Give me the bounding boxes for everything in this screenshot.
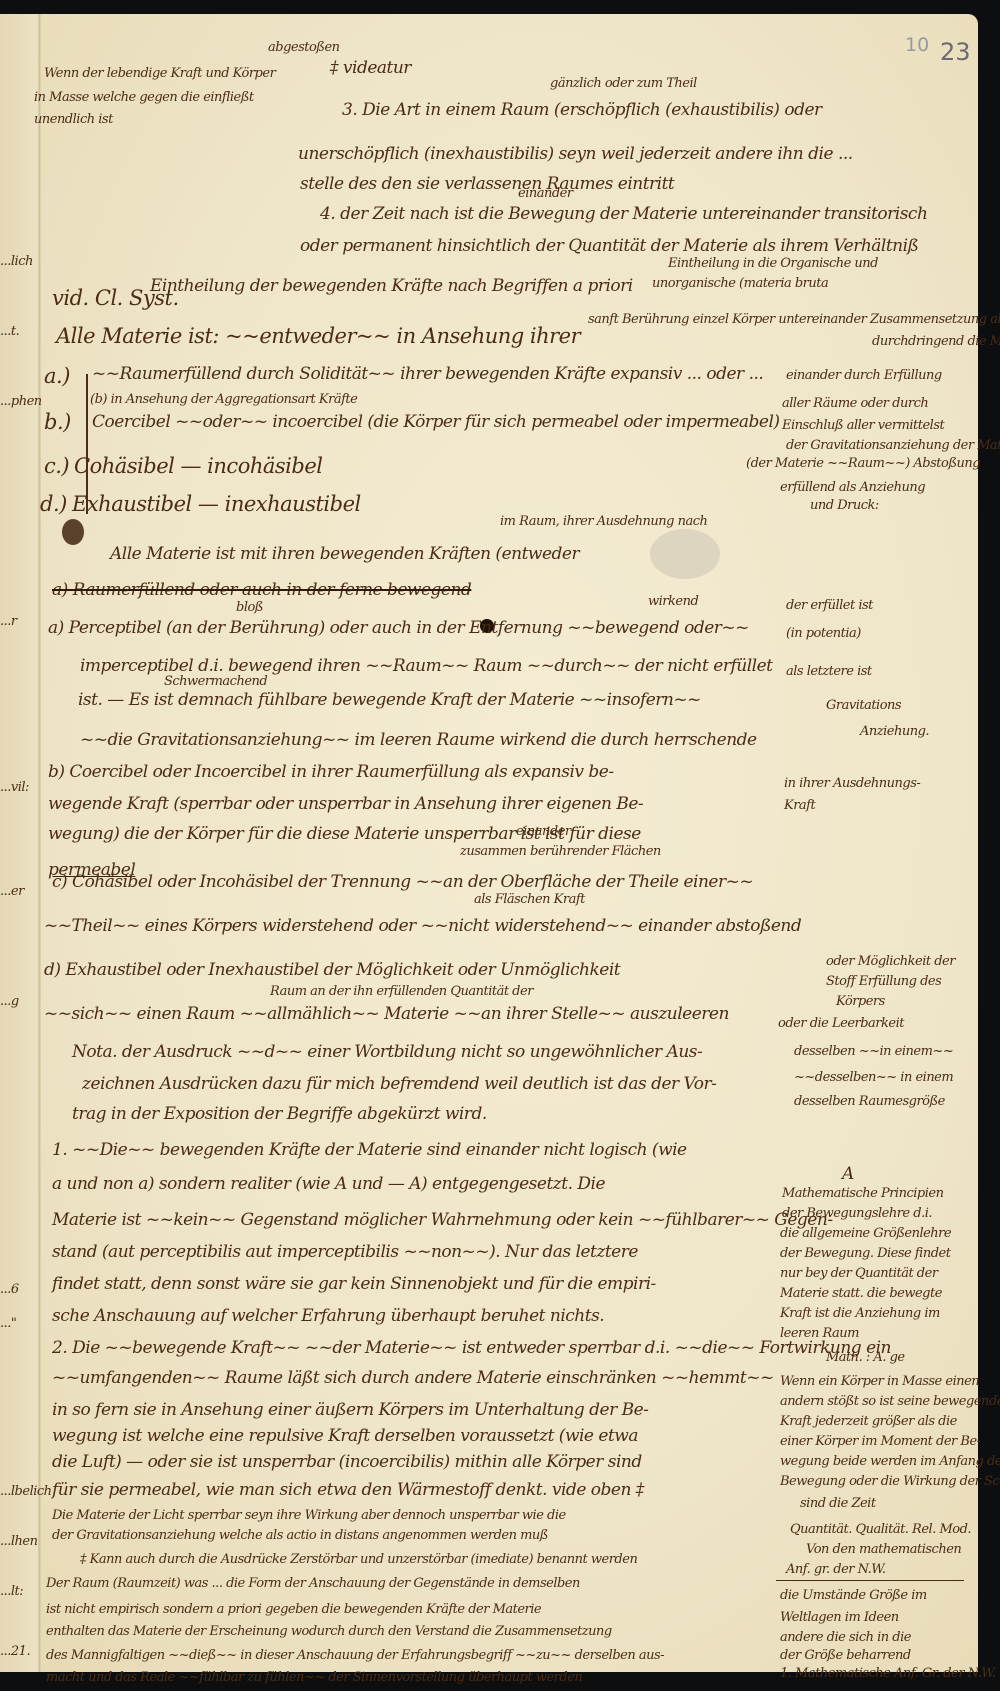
insertion: im Raum, ihrer Ausdehnung nach — [500, 514, 707, 529]
text-line: für sie permeabel, wie man sich etwa den… — [52, 1480, 644, 1500]
margin-note-line: wegung beide werden im Anfang der — [780, 1454, 1000, 1469]
folio-number-old: 10 — [905, 34, 929, 56]
text-line: macht und das Reale ~~fühlbar zu fühlen~… — [46, 1670, 582, 1685]
insertion: gänzlich oder zum Theil — [550, 76, 697, 91]
margin-fragment: ...lbelich — [0, 1484, 52, 1499]
margin-note-line: Anf. gr. der N.W. — [786, 1562, 886, 1577]
insertion: Schwermachend — [164, 674, 267, 689]
smudge — [650, 529, 720, 579]
margin-note-line: andern stößt so ist seine bewegende — [780, 1394, 1000, 1409]
text-line: ~~Raumerfüllend durch Solidität~~ ihrer … — [92, 364, 763, 384]
margin-note-line: der Gravitationsanziehung der Materie — [786, 438, 1000, 453]
margin-note-line: der Größe beharrend — [780, 1648, 911, 1663]
insertion: Raum an der ihn erfüllenden Quantität de… — [270, 984, 533, 999]
bracket-line — [86, 374, 88, 514]
page-fold — [38, 14, 41, 1672]
insertion: bloß — [236, 600, 263, 615]
margin-fragment: ...lt: — [0, 1584, 23, 1599]
section-heading: Alle Materie ist mit ihren bewegenden Kr… — [110, 544, 579, 564]
margin-note-line: der Bewegungslehre d.i. — [782, 1206, 932, 1221]
item-label: c.) — [44, 454, 69, 478]
insertion: einander — [518, 186, 573, 201]
margin-note-line: Kraft jederzeit größer als die — [780, 1414, 957, 1429]
margin-fragment: ...lich — [0, 254, 33, 269]
text-line: 4. der Zeit nach ist die Bewegung der Ma… — [320, 204, 927, 224]
insertion: sanft Berührung einzel Körper untereinan… — [588, 312, 866, 327]
margin-note-line: die allgemeine Größenlehre — [780, 1226, 951, 1241]
margin-note-line: nur bey der Quantität der — [780, 1266, 938, 1281]
text-line: zeichnen Ausdrücken dazu für mich befrem… — [82, 1074, 716, 1094]
text-line: a) Perceptibel (an der Berührung) oder a… — [48, 618, 749, 638]
margin-note-line: in Masse welche gegen die einfließt — [34, 90, 254, 105]
text-line: die Luft) — oder sie ist unsperrbar (inc… — [52, 1452, 642, 1472]
margin-note-line: als letztere ist — [786, 664, 872, 679]
margin-note-line: Bewegung oder die Wirkung der Schwere — [780, 1474, 1000, 1489]
text-line: Eintheilung in die Organische und — [668, 256, 878, 271]
margin-note-line: (in potentia) — [786, 626, 861, 641]
text-line: b) Coercibel oder Incoercibel in ihrer R… — [48, 762, 614, 782]
margin-note-line: Stoff Erfüllung des — [826, 974, 941, 989]
divider-line — [776, 1580, 964, 1581]
margin-fragment: ...phen — [0, 394, 42, 409]
text-line: a und non a) sondern realiter (wie A und… — [52, 1174, 605, 1194]
manuscript-page: 10 23 Wenn der lebendige Kraft und Körpe… — [0, 14, 978, 1672]
margin-heading: A — [842, 1164, 854, 1184]
margin-note-line: Anziehung. — [860, 724, 929, 739]
margin-note-line: Kraft ist die Anziehung im — [780, 1306, 940, 1321]
margin-note-line: in ihrer Ausdehnungs- — [784, 776, 920, 791]
margin-note-line: ~~desselben~~ in einem — [794, 1070, 953, 1085]
text-line: stelle des den sie verlassenen Raumes ei… — [300, 174, 674, 194]
margin-note-line: oder die Leerbarkeit — [778, 1016, 904, 1031]
text-line: ~~Theil~~ eines Körpers widerstehend ode… — [44, 916, 801, 936]
text-line: d) Exhaustibel oder Inexhaustibel der Mö… — [44, 960, 620, 980]
margin-note-line: leeren Raum — [780, 1326, 859, 1341]
margin-note-line: Gravitations — [826, 698, 901, 713]
margin-note-line: der erfüllet ist — [786, 598, 873, 613]
insertion: wirkend — [648, 594, 698, 609]
insertion: als Fläschen Kraft — [474, 892, 585, 907]
item-label: a.) — [44, 364, 70, 388]
text-line: findet statt, denn sonst wäre sie gar ke… — [52, 1274, 656, 1294]
margin-note-line: einander durch Erfüllung — [786, 368, 942, 383]
margin-note-line: Mathematische Principien — [782, 1186, 943, 1201]
margin-note-line: desselben ~~in einem~~ — [794, 1044, 953, 1059]
text-line: trag in der Exposition der Begriffe abge… — [72, 1104, 487, 1124]
text-line: unorganische (materia bruta — [652, 276, 828, 291]
text-line: sche Anschauung auf welcher Erfahrung üb… — [52, 1306, 604, 1326]
item-label: b.) — [44, 410, 71, 434]
text-line: ~~umfangenden~~ Raume läßt sich durch an… — [52, 1368, 774, 1388]
margin-fragment: ..." — [0, 1316, 16, 1331]
margin-note-line: sind die Zeit — [800, 1496, 876, 1511]
folio-number: 23 — [940, 38, 971, 66]
ink-blot — [62, 519, 84, 545]
text-line: ist nicht empirisch sondern a priori geg… — [46, 1602, 541, 1617]
margin-fragment: ...21. — [0, 1644, 30, 1659]
text-line: 3. Die Art in einem Raum (erschöpflich (… — [342, 100, 822, 120]
vide-mark: ‡ videatur — [330, 58, 411, 78]
text-line: Coercibel ~~oder~~ incoercibel (die Körp… — [92, 412, 780, 432]
margin-note-line: andere die sich in die — [780, 1630, 911, 1645]
text-line: in so fern sie in Ansehung einer äußern … — [52, 1400, 648, 1420]
margin-note-line: Einschluß aller vermittelst — [782, 418, 944, 433]
margin-fragment: ...vil: — [0, 780, 29, 795]
text-line: ist. — Es ist demnach fühlbare bewegende… — [78, 690, 701, 710]
text-line: c) Cohäsibel oder Incohäsibel der Trennu… — [52, 872, 753, 892]
margin-note-line: Quantität. Qualität. Rel. Mod. — [790, 1522, 971, 1537]
struck-line: a) Raumerfüllend oder auch in der ferne … — [52, 580, 471, 600]
section-heading: Eintheilung der bewegenden Kräfte nach B… — [150, 276, 633, 296]
text-line: enthalten das Materie der Erscheinung wo… — [46, 1624, 612, 1639]
margin-note-line: unendlich ist — [34, 112, 113, 127]
margin-fragment: ...g — [0, 994, 19, 1009]
margin-note-line: Kraft — [784, 798, 815, 813]
margin-note-line: die Umstände Größe im — [780, 1588, 927, 1603]
margin-note-line: Wenn der lebendige Kraft und Körper — [44, 66, 275, 81]
text-line: 2. Die ~~bewegende Kraft~~ ~~der Materie… — [52, 1338, 891, 1358]
insertion: zusammen berührender Flächen — [460, 844, 661, 859]
insertion: einander — [516, 824, 571, 839]
margin-note-line: durchdringend die Masse — [872, 334, 1000, 349]
text-line: (b) in Ansehung der Aggregationsart Kräf… — [90, 392, 357, 407]
margin-note-line: Zusammensetzung aller — [870, 312, 1000, 327]
text-line: ~~die Gravitationsanziehung~~ im leeren … — [80, 730, 757, 750]
text-line: des Mannigfaltigen ~~dieß~~ in dieser An… — [46, 1648, 664, 1663]
text-line: Nota. der Ausdruck ~~d~~ einer Wortbildu… — [72, 1042, 702, 1062]
margin-note-line: Weltlagen im Ideen — [780, 1610, 899, 1625]
text-line: der Gravitationsanziehung welche als act… — [52, 1528, 548, 1543]
item-label: d.) — [40, 492, 67, 516]
text-line: ~~sich~~ einen Raum ~~allmählich~~ Mater… — [44, 1004, 729, 1024]
margin-note-line: (der Materie ~~Raum~~) Abstoßung — [746, 456, 980, 471]
text-line: Die Materie der Licht sperrbar seyn ihre… — [52, 1508, 566, 1523]
margin-note-line: einer Körper im Moment der Be- — [780, 1434, 981, 1449]
margin-note-line: Materie statt. die bewegte — [780, 1286, 942, 1301]
text-line: Alle Materie ist: ~~entweder~~ in Ansehu… — [56, 324, 580, 348]
insertion: abgestoßen — [268, 40, 340, 55]
text-line: stand (aut perceptibilis aut imperceptib… — [52, 1242, 638, 1262]
text-line: Materie ist ~~kein~~ Gegenstand mögliche… — [52, 1210, 833, 1230]
margin-note-line: erfüllend als Anziehung — [780, 480, 925, 495]
text-line: oder permanent hinsichtlich der Quantitä… — [300, 236, 918, 256]
margin-note-line: oder Möglichkeit der — [826, 954, 955, 969]
margin-note-line: Wenn ein Körper in Masse einen — [780, 1374, 979, 1389]
margin-note-line: desselben Raumesgröße — [794, 1094, 945, 1109]
margin-fragment: ...er — [0, 884, 24, 899]
margin-fragment: ...t. — [0, 324, 19, 339]
margin-heading: Math. : A. ge — [826, 1350, 905, 1365]
margin-fragment: ...6 — [0, 1282, 19, 1297]
text-line: wegung ist welche eine repulsive Kraft d… — [52, 1426, 638, 1446]
margin-note-line: 1. Mathematische Anf. Gr. der N.W. — [780, 1666, 996, 1681]
text-line: Der Raum (Raumzeit) was ... die Form der… — [46, 1576, 580, 1591]
text-line: Exhaustibel — inexhaustibel — [72, 492, 361, 516]
text-line: imperceptibel d.i. bewegend ihren ~~Raum… — [80, 656, 772, 676]
margin-note-line: Von den mathematischen — [806, 1542, 961, 1557]
margin-note-line: der Bewegung. Diese findet — [780, 1246, 950, 1261]
margin-note-line: und Druck: — [810, 498, 879, 513]
text-line: wegende Kraft (sperrbar oder unsperrbar … — [48, 794, 643, 814]
margin-fragment: ...lhen — [0, 1534, 38, 1549]
text-line: Cohäsibel — incohäsibel — [74, 454, 322, 478]
margin-fragment: ...r — [0, 614, 17, 629]
text-line: unerschöpflich (inexhaustibilis) seyn we… — [298, 144, 853, 164]
margin-note-line: Körpers — [836, 994, 885, 1009]
footnote-line: ‡ Kann auch durch die Ausdrücke Zerstörb… — [80, 1552, 637, 1567]
text-line: 1. ~~Die~~ bewegenden Kräfte der Materie… — [52, 1140, 687, 1160]
margin-note-line: aller Räume oder durch — [782, 396, 928, 411]
